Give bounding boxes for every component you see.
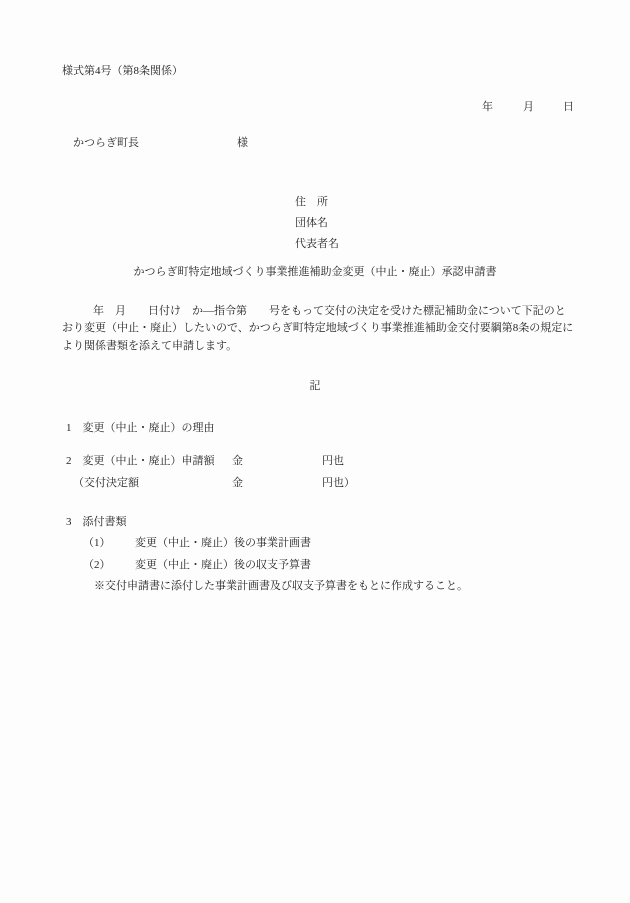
item3-sub2-num: （2）	[83, 558, 111, 572]
document-title: かつらぎ町特定地域づくり事業推進補助金変更（中止・廃止）承認申請書	[0, 265, 630, 279]
item3-label: 3 添付書類	[66, 515, 127, 529]
date-year-label: 年	[482, 100, 493, 114]
ki-mark: 記	[0, 379, 630, 393]
applicant-representative-label: 代表者名	[295, 237, 339, 251]
date-day-label: 日	[563, 100, 574, 114]
item2-label: 2 変更（中止・廃止）申請額	[66, 454, 215, 468]
addressee-honorific: 様	[237, 136, 248, 150]
item3-sub1-text: 変更（中止・廃止）後の事業計画書	[135, 536, 311, 550]
applicant-address-label: 住 所	[295, 195, 328, 209]
item2-decided-prefix: 金	[232, 476, 243, 490]
body-line-1: 年 月 日付け か―指令第 号をもって交付の決定を受けた標記補助金について下記の…	[93, 304, 566, 318]
item2-decided-label: （交付決定額	[73, 476, 139, 490]
addressee-name: かつらぎ町長	[73, 136, 139, 150]
form-number: 様式第4号（第8条関係）	[62, 64, 183, 78]
body-line-3: より関係書類を添えて申請します。	[62, 339, 237, 353]
document-page: 様式第4号（第8条関係） 年 月 日 かつらぎ町長 様 住 所 団体名 代表者名…	[0, 0, 630, 903]
body-line-2: おり変更（中止・廃止）したいので、かつらぎ町特定地域づくり事業推進補助金交付要綱…	[62, 321, 573, 335]
item3-note: ※交付申請書に添付した事業計画書及び収支予算書をもとに作成すること。	[94, 579, 468, 593]
item3-sub2-text: 変更（中止・廃止）後の収支予算書	[135, 558, 311, 572]
item2-decided-suffix: 円也）	[322, 476, 355, 490]
item2-amount-prefix: 金	[232, 454, 243, 468]
item3-sub1-num: （1）	[83, 536, 111, 550]
item1-label: 1 変更（中止・廃止）の理由	[66, 421, 215, 435]
item2-amount-suffix: 円也	[322, 454, 344, 468]
applicant-organization-label: 団体名	[295, 216, 328, 230]
date-month-label: 月	[523, 100, 534, 114]
